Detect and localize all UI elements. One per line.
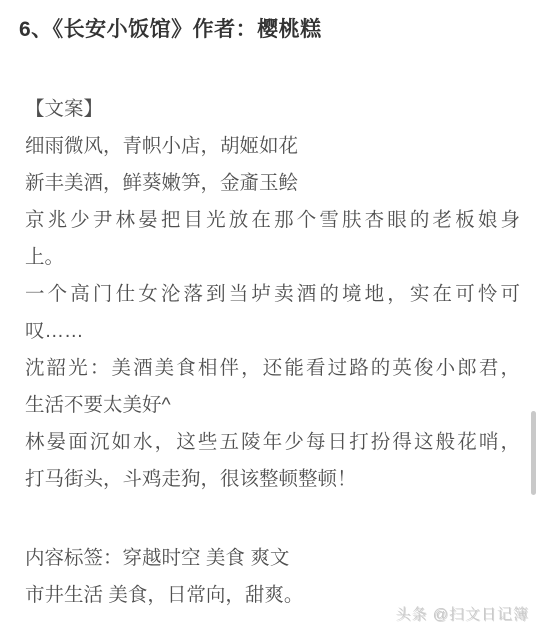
book-title: 6、《长安小饭馆》作者：樱桃糕 — [19, 16, 539, 44]
synopsis-line: 京兆少尹林晏把目光放在那个雪肤杏眼的老板娘身 — [25, 202, 520, 239]
synopsis-line: 打马街头，斗鸡走狗，很该整顿整顿！ — [25, 461, 520, 498]
article-page: 6、《长安小饭馆》作者：樱桃糕 【文案】 细雨微风，青帜小店，胡姬如花 新丰美酒… — [0, 0, 539, 634]
synopsis-section-label: 【文案】 — [25, 91, 520, 128]
toutiao-watermark: 头条 @扫文日记簿 — [396, 603, 529, 624]
section-gap — [25, 498, 520, 540]
article-content: 6、《长安小饭馆》作者：樱桃糕 【文案】 细雨微风，青帜小店，胡姬如花 新丰美酒… — [0, 0, 539, 614]
synopsis-line: 林晏面沉如水，这些五陵年少每日打扮得这般花哨， — [25, 424, 520, 461]
book-description: 【文案】 细雨微风，青帜小店，胡姬如花 新丰美酒，鲜葵嫩笋，金齑玉鲙 京兆少尹林… — [25, 91, 520, 614]
synopsis-line: 新丰美酒，鲜葵嫩笋，金齑玉鲙 — [25, 165, 520, 202]
scrollbar-thumb[interactable] — [531, 411, 536, 495]
synopsis-line: 生活不要太美好^ — [25, 387, 520, 424]
synopsis-line: 叹…… — [25, 313, 520, 350]
content-tags-line: 内容标签：穿越时空 美食 爽文 — [25, 540, 520, 577]
synopsis-line: 一个高门仕女沦落到当垆卖酒的境地，实在可怜可 — [25, 276, 520, 313]
synopsis-line: 上。 — [25, 239, 520, 276]
synopsis-line: 细雨微风，青帜小店，胡姬如花 — [25, 128, 520, 165]
synopsis-line: 沈韶光：美酒美食相伴，还能看过路的英俊小郎君， — [25, 350, 520, 387]
